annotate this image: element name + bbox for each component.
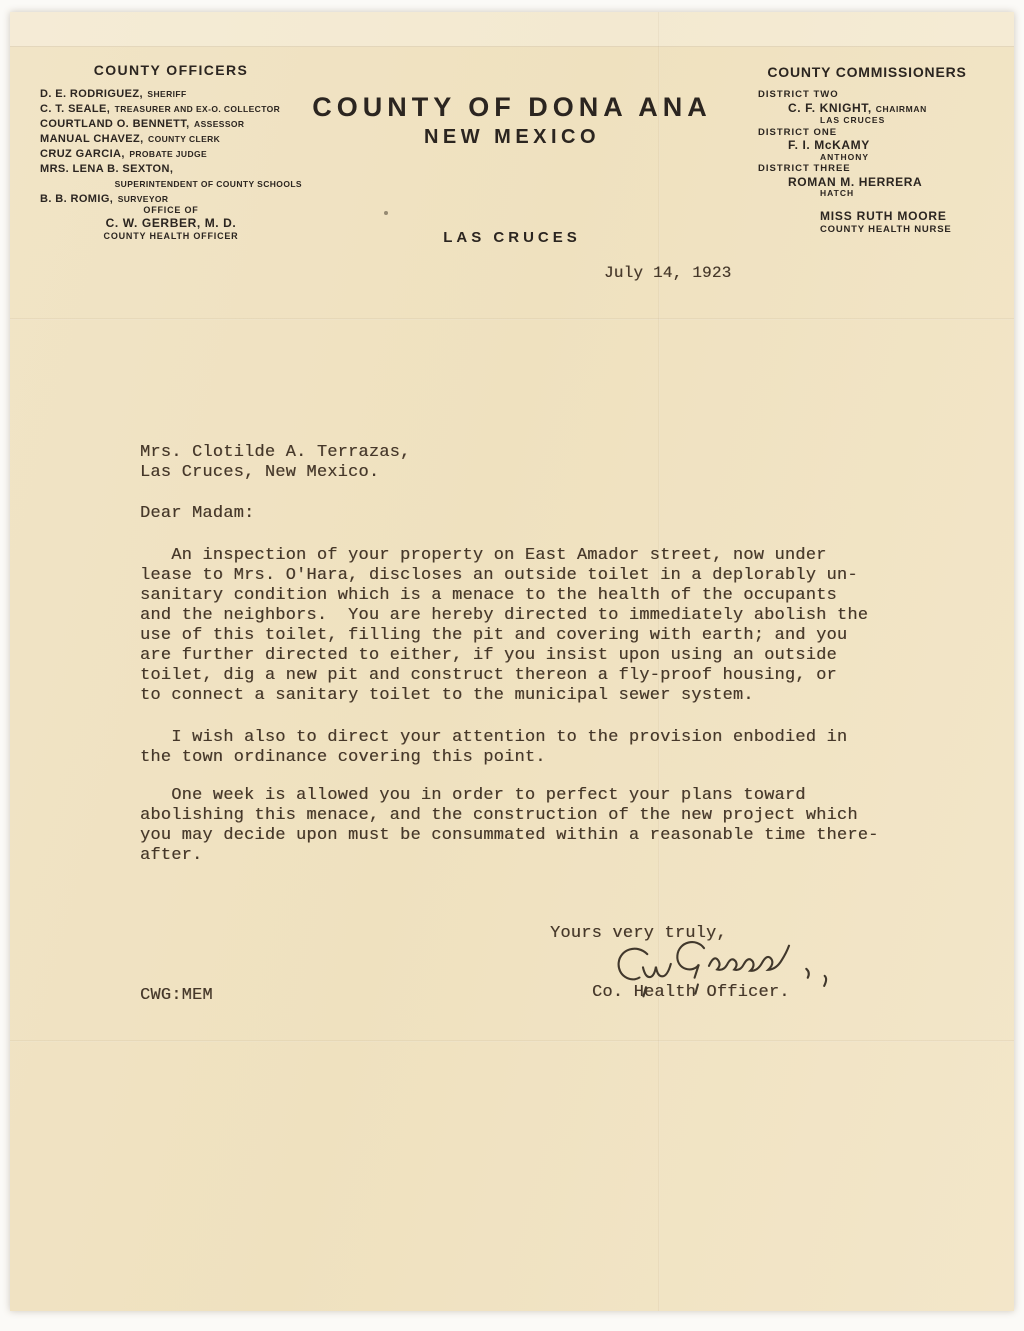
body-paragraph-2: I wish also to direct your attention to … xyxy=(140,728,847,768)
commissioner-role: CHAIRMAN xyxy=(876,104,927,114)
health-officer-name: C. W. GERBER, M. D. xyxy=(40,216,302,230)
commissioner-place: HATCH xyxy=(820,188,976,200)
salutation: Dear Madam: xyxy=(140,504,254,524)
fold-crease-horizontal-lower xyxy=(10,1040,1014,1042)
officer-entry: MRS. LENA B. SEXTON, xyxy=(40,161,302,176)
commissioner-entry: DISTRICT THREE ROMAN M. HERRERA HATCH xyxy=(758,163,976,200)
letter-date: July 14, 1923 xyxy=(604,263,731,283)
commissioner-place: LAS CRUCES xyxy=(820,115,976,127)
office-of-label: OFFICE OF xyxy=(40,204,302,216)
commissioner-name: C. F. KNIGHT, CHAIRMAN xyxy=(788,102,976,116)
commissioner-place: ANTHONY xyxy=(820,152,976,164)
health-nurse-title: COUNTY HEALTH NURSE xyxy=(820,223,976,236)
body-paragraph-1: An inspection of your property on East A… xyxy=(140,546,868,706)
typist-reference: CWG:MEM xyxy=(140,986,213,1006)
signer-title: Co. Health Officer. xyxy=(592,983,790,1003)
county-officers-heading: COUNTY OFFICERS xyxy=(40,62,302,78)
commissioner-name: ROMAN M. HERRERA xyxy=(788,176,976,189)
commissioner-name: F. I. McKAMY xyxy=(788,139,976,152)
fold-crease-horizontal-upper xyxy=(10,318,1014,320)
ink-speck xyxy=(384,211,388,215)
commissioner-entry: DISTRICT ONE F. I. McKAMY ANTHONY xyxy=(758,127,976,164)
county-commissioners-block: COUNTY COMMISSIONERS DISTRICT TWO C. F. … xyxy=(758,64,976,236)
health-nurse-block: MISS RUTH MOORE COUNTY HEALTH NURSE xyxy=(820,209,976,236)
commissioner-entry: DISTRICT TWO C. F. KNIGHT, CHAIRMAN LAS … xyxy=(758,89,976,127)
officer-entry-title-line: SUPERINTENDENT OF COUNTY SCHOOLS xyxy=(40,176,302,191)
health-nurse-name: MISS RUTH MOORE xyxy=(820,209,976,223)
body-paragraph-3: One week is allowed you in order to perf… xyxy=(140,786,879,866)
county-commissioners-heading: COUNTY COMMISSIONERS xyxy=(758,64,976,80)
paper-top-fold xyxy=(10,12,1014,47)
recipient-address: Mrs. Clotilde A. Terrazas, Las Cruces, N… xyxy=(140,443,410,483)
